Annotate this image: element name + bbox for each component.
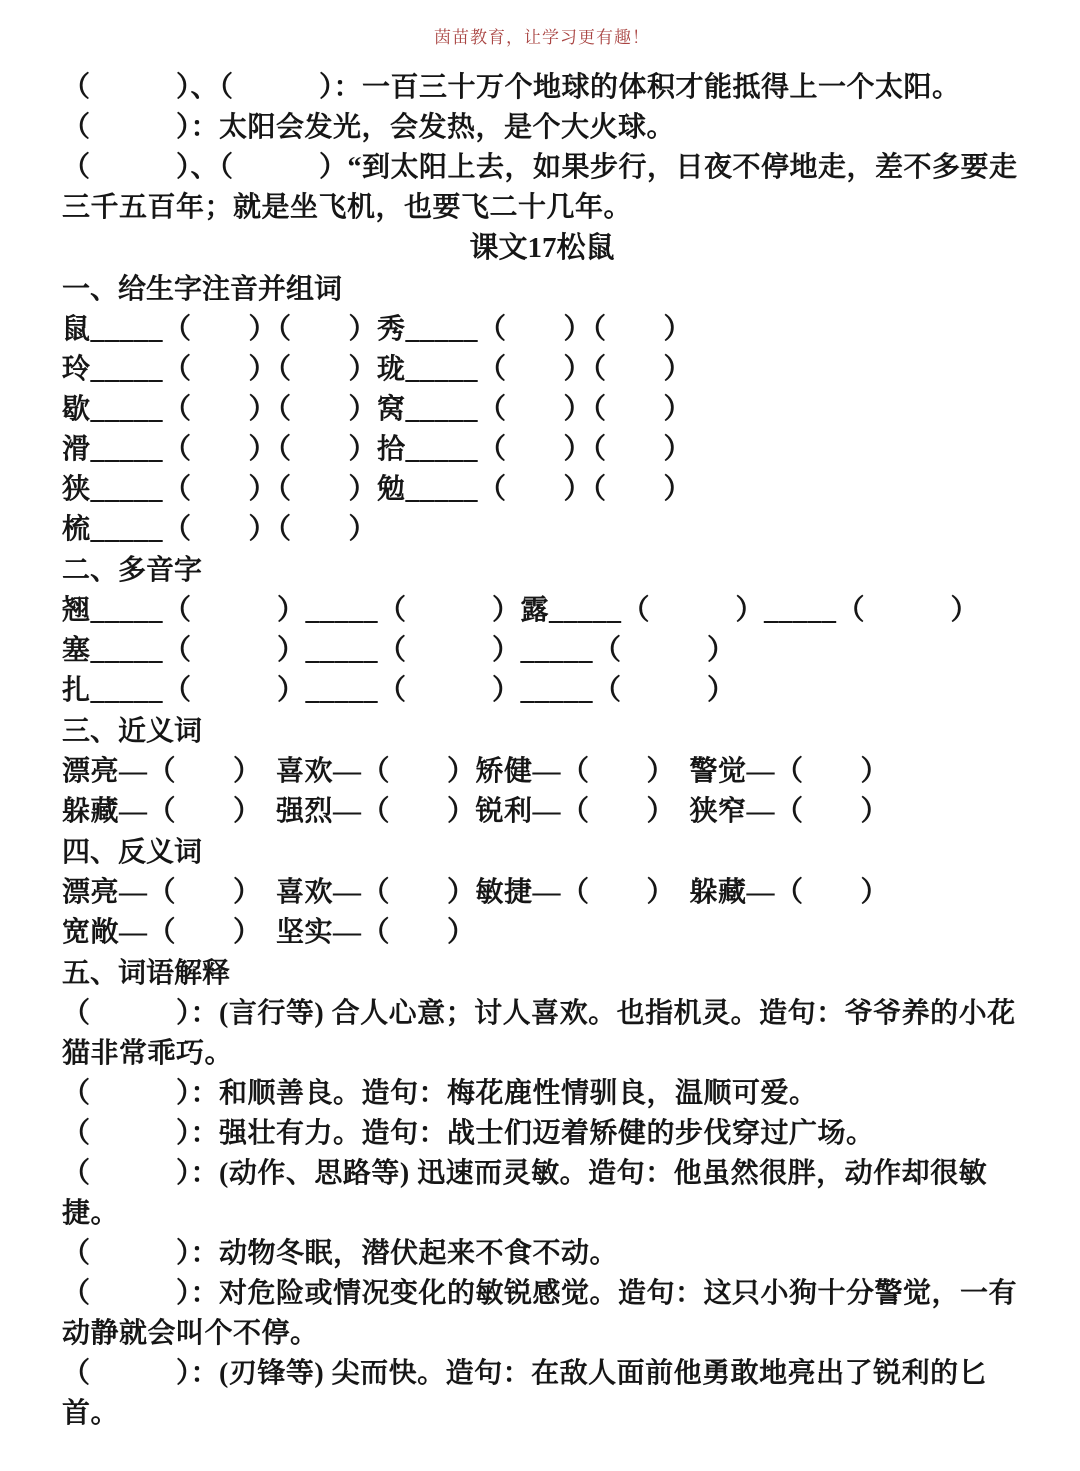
definition-dongmian: （ ）：动物冬眠，潜伏起来不食不动。	[62, 1234, 1022, 1274]
section-1-heading: 一、给生字注音并组词	[62, 269, 1022, 310]
fill-blank-line-sun-distance: （ ）、（ ）“到太阳上去，如果步行，日夜不停地走，差不多要走三千五百年；就是坐…	[62, 148, 1022, 228]
zuci-row-xie-wo: 歇_____（ ）（ ）窝_____（ ）（ ）	[62, 390, 1022, 430]
definition-jiaojian: （ ）：强壮有力。造句：战士们迈着矫健的步伐穿过广场。	[62, 1114, 1022, 1154]
section-4-heading: 四、反义词	[62, 832, 1022, 873]
worksheet-content: （ ）、（ ）：一百三十万个地球的体积才能抵得上一个太阳。 （ ）：太阳会发光，…	[62, 68, 1022, 1434]
jinyici-row-1: 漂亮—（ ） 喜欢—（ ）矫健—（ ） 警觉—（ ）	[62, 752, 1022, 792]
zuci-row-xia-mian: 狭_____（ ）（ ）勉_____（ ）（ ）	[62, 470, 1022, 510]
fanyici-row-2: 宽敞—（ ） 坚实—（ ）	[62, 913, 1022, 953]
lesson-title: 课文17松鼠	[62, 228, 1022, 269]
fill-blank-line-sun-size: （ ）、（ ）：一百三十万个地球的体积才能抵得上一个太阳。	[62, 68, 1022, 108]
jinyici-row-2: 躲藏—（ ） 强烈—（ ）锐利—（ ） 狭窄—（ ）	[62, 792, 1022, 832]
duoyinzi-row-zha: 扎_____（ ）_____（ ）_____（ ）	[62, 671, 1022, 711]
section-3-heading: 三、近义词	[62, 711, 1022, 752]
worksheet-page: 茵苗教育，让学习更有趣！ （ ）、（ ）：一百三十万个地球的体积才能抵得上一个太…	[0, 0, 1080, 1471]
section-2-heading: 二、多音字	[62, 550, 1022, 591]
zuci-row-hua-shi: 滑_____（ ）（ ）拾_____（ ）（ ）	[62, 430, 1022, 470]
zuci-row-shu: 梳_____（ ）（ ）	[62, 510, 1022, 550]
zuci-row-ling-long: 玲_____（ ）（ ）珑_____（ ）（ ）	[62, 350, 1022, 390]
duoyinzi-row-qiao-lu: 翘_____（ ）_____（ ）露_____（ ）_____（ ）	[62, 591, 1022, 631]
fill-blank-line-sun-heat: （ ）：太阳会发光，会发热，是个大火球。	[62, 108, 1022, 148]
definition-guaiqiao: （ ）：(言行等) 合人心意；讨人喜欢。也指机灵。造句：爷爷养的小花猫非常乖巧。	[62, 994, 1022, 1074]
section-5-heading: 五、词语解释	[62, 953, 1022, 994]
duoyinzi-row-sai: 塞_____（ ）_____（ ）_____（ ）	[62, 631, 1022, 671]
definition-jingjue: （ ）：对危险或情况变化的敏锐感觉。造句：这只小狗十分警觉，一有动静就会叫个不停…	[62, 1274, 1022, 1354]
definition-xunliang: （ ）：和顺善良。造句：梅花鹿性情驯良，温顺可爱。	[62, 1074, 1022, 1114]
brand-slogan: 茵苗教育，让学习更有趣！	[434, 28, 650, 47]
definition-ruili: （ ）：(刃锋等) 尖而快。造句：在敌人面前他勇敢地亮出了锐利的匕首。	[62, 1354, 1022, 1434]
fanyici-row-1: 漂亮—（ ） 喜欢—（ ）敏捷—（ ） 躲藏—（ ）	[62, 873, 1022, 913]
definition-minjie: （ ）：(动作、思路等) 迅速而灵敏。造句：他虽然很胖，动作却很敏捷。	[62, 1154, 1022, 1234]
zuci-row-shu-xiu: 鼠_____（ ）（ ）秀_____（ ）（ ）	[62, 310, 1022, 350]
page-header: 茵苗教育，让学习更有趣！	[62, 26, 1022, 50]
